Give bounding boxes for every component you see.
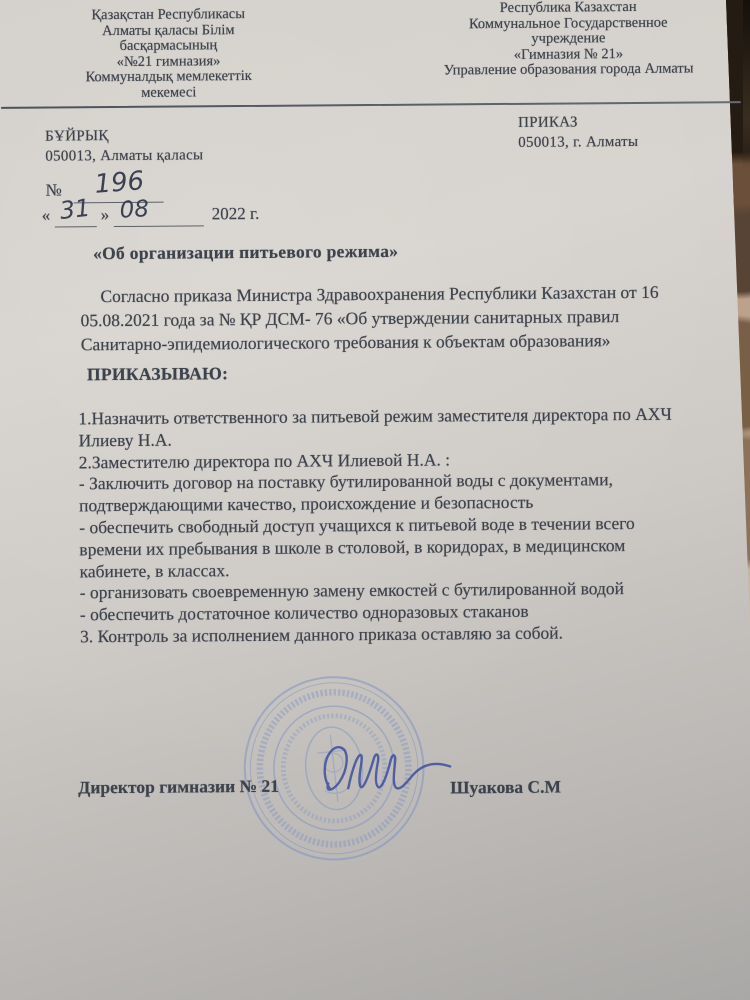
document-sheet: Қазақстан Республикасы Алматы қаласы Біл… <box>0 0 750 1000</box>
handwritten-order-number: 196 <box>93 166 145 200</box>
handwritten-month: 08 <box>119 196 150 224</box>
letterhead-russian: Республика Казахстан Коммунальное Госуда… <box>394 0 743 80</box>
order-word-ru: ПРИКАЗ <box>518 112 638 133</box>
handwritten-day: 31 <box>59 194 92 225</box>
order-heading-russian: ПРИКАЗ 050013, г. Алматы <box>518 112 638 153</box>
order-date-row: « 31 » 08 2022 г. <box>42 197 260 228</box>
letterhead-line: Управление образования города Алматы <box>395 61 743 79</box>
order-item: 1.Назначить ответственного за питьевой р… <box>78 404 692 452</box>
close-quote: » <box>101 205 110 224</box>
order-item: - Заключить договор на поставку бутилиро… <box>79 469 693 517</box>
order-items: 1.Назначить ответственного за питьевой р… <box>78 404 694 649</box>
intro-paragraph: Согласно приказа Министра Здравоохранени… <box>80 255 699 356</box>
director-name-label: Шуакова С.М <box>450 777 561 799</box>
open-quote: « <box>42 206 51 225</box>
director-signature-ink <box>310 732 461 813</box>
director-title-label: Директор гимназии № 21 <box>78 776 279 799</box>
order-word-kk: БҰЙРЫҚ <box>45 125 203 146</box>
order-item: 3. Контроль за исполнением данного прика… <box>80 621 694 648</box>
order-city-ru: 050013, г. Алматы <box>518 132 638 153</box>
photographed-order-document: Қазақстан Республикасы Алматы қаласы Біл… <box>0 0 750 1000</box>
order-verb: ПРИКАЗЫВАЮ: <box>87 363 228 385</box>
order-heading-kazakh: БҰЙРЫҚ 050013, Алматы қаласы <box>45 125 203 166</box>
order-item: - обеспечить свободный доступ учащихся к… <box>79 512 693 582</box>
letterhead-line: мекемесі <box>35 85 303 103</box>
order-city-kk: 050013, Алматы қаласы <box>45 145 203 166</box>
letterhead-kazakh: Қазақстан Республикасы Алматы қаласы Біл… <box>34 7 303 103</box>
letterhead-divider-line <box>1 101 741 109</box>
year-label: 2022 г. <box>212 204 260 223</box>
signature-graphic <box>310 732 461 813</box>
